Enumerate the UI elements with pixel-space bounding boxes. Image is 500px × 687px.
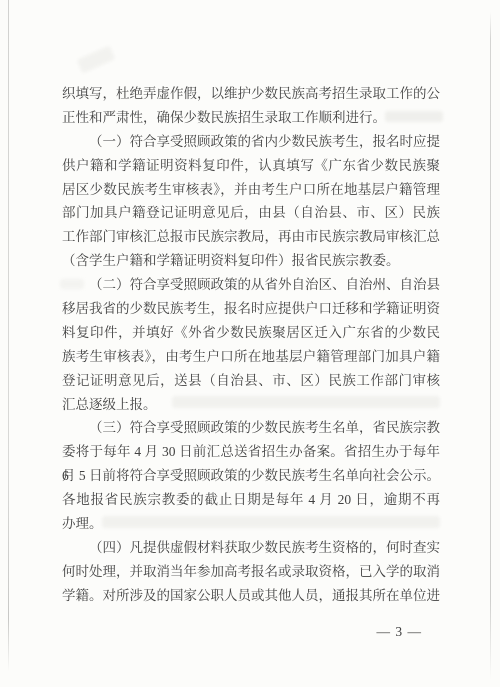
text-line: 委将于每年 4 月 30 日前汇总送省招生办备案。省招生办于每年 6 bbox=[62, 440, 440, 464]
text-line: 族考生审核表》，由考生户口所在地基层户籍管理部门加具户籍 bbox=[62, 345, 440, 369]
scan-edge-left-line bbox=[8, 0, 9, 672]
text-line: 何时处理，并取消当年参加高考报名或录取资格，已入学的取消 bbox=[62, 560, 440, 584]
text-line: （二）符合享受照顾政策的从省外自治区、自治州、自治县 bbox=[62, 273, 440, 297]
text-line: 登记证明意见后，送县（自治县、市、区）民族工作部门审核 bbox=[62, 369, 440, 393]
text-line: 部门加具户籍登记证明意见后，由县（自治县、市、区）民族 bbox=[62, 201, 440, 225]
page-number: — 3 — bbox=[62, 620, 440, 644]
text-line: （四）凡提供虚假材料获取少数民族考生资格的，何时查实 bbox=[62, 536, 440, 560]
text-line: 正性和严肃性，确保少数民族招生录取工作顺利进行。 bbox=[62, 106, 440, 130]
text-line: 办理。 bbox=[62, 512, 440, 536]
text-line: 料复印件，并填好《外省少数民族聚居区迁入广东省的少数民 bbox=[62, 321, 440, 345]
text-line: 汇总逐级上报。 bbox=[62, 393, 440, 417]
text-line: （含学生户籍和学籍证明资料复印件）报省民族宗教委。 bbox=[62, 249, 440, 273]
text-line: 织填写，杜绝弄虚作假，以维护少数民族高考招生录取工作的公 bbox=[62, 82, 440, 106]
scan-edge-right-line bbox=[490, 12, 491, 680]
text-line: （三）符合享受照顾政策的少数民族考生名单，省民族宗教 bbox=[62, 416, 440, 440]
text-line: 移居我省的少数民族考生，报名时应提供户口迁移和学籍证明资 bbox=[62, 297, 440, 321]
text-line: 学籍。对所涉及的国家公职人员或其他人员，通报其所在单位进 bbox=[62, 584, 440, 608]
scan-artifact bbox=[77, 45, 116, 73]
text-line: 月 5 日前将符合享受照顾政策的少数民族考生名单向社会公示。 bbox=[62, 464, 440, 488]
text-line: 工作部门审核汇总报市民族宗教局，再由市民族宗教局审核汇总 bbox=[62, 225, 440, 249]
text-line: 各地报省民族宗教委的截止日期是每年 4 月 20 日，逾期不再 bbox=[62, 488, 440, 512]
text-line: 供户籍和学籍证明资料复印件，认真填写《广东省少数民族聚 bbox=[62, 154, 440, 178]
document-body: 织填写，杜绝弄虚作假，以维护少数民族高考招生录取工作的公 正性和严肃性，确保少数… bbox=[62, 82, 440, 644]
text-line: 居区少数民族考生审核表》，并由考生户口所在地基层户籍管理 bbox=[62, 178, 440, 202]
scanned-document-page: 织填写，杜绝弄虚作假，以维护少数民族高考招生录取工作的公 正性和严肃性，确保少数… bbox=[0, 0, 500, 687]
text-line: （一）符合享受照顾政策的省内少数民族考生，报名时应提 bbox=[62, 130, 440, 154]
